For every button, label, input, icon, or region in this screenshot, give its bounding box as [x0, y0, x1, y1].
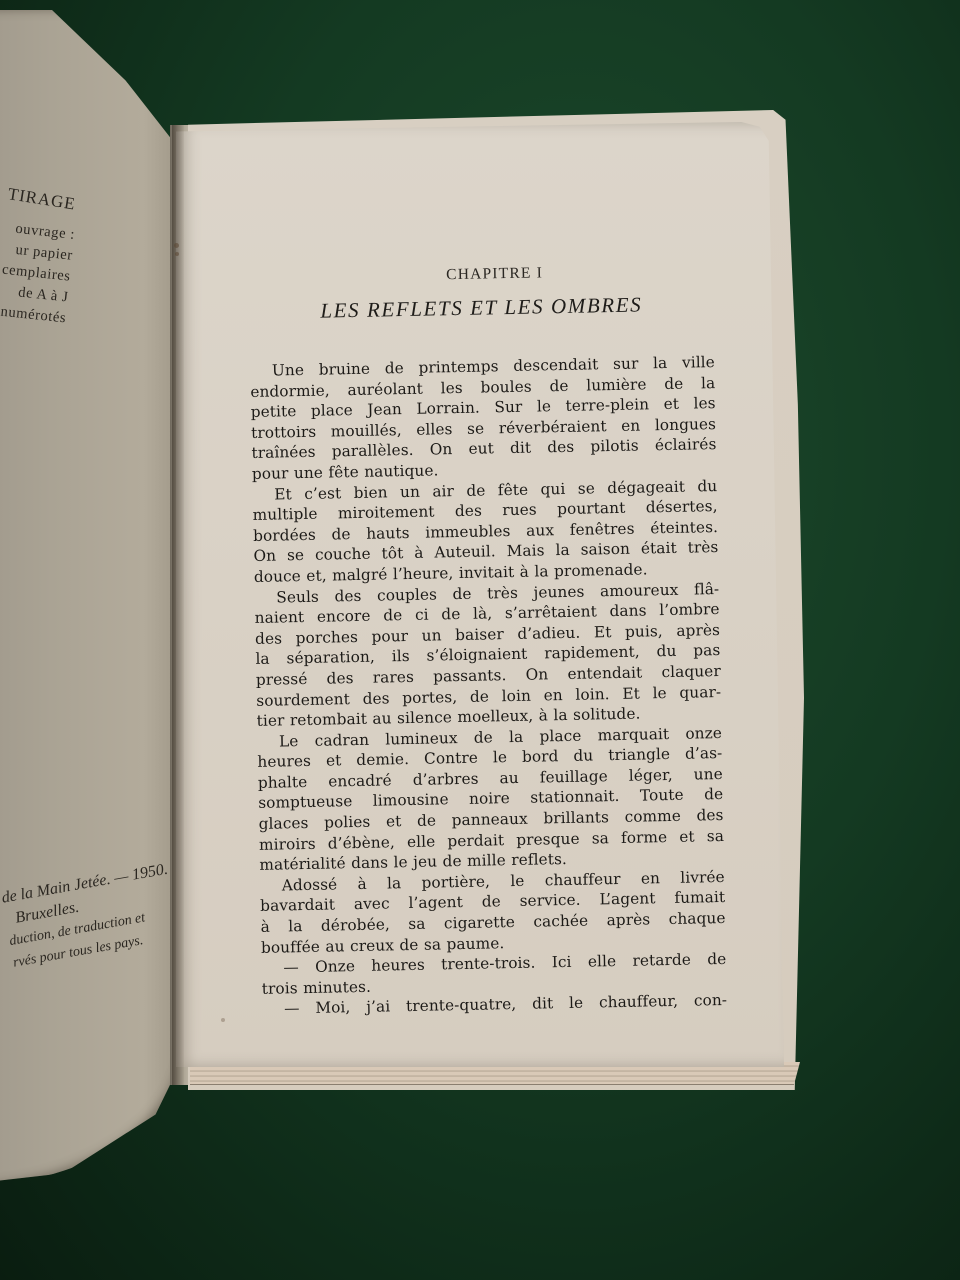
paragraph: Seuls des couples de très jeunes amoureu…: [254, 579, 722, 732]
paragraph: Et c’est bien un air de fête qui se déga…: [252, 476, 719, 588]
paragraph: Adossé à la portière, le chauffeur en li…: [260, 867, 726, 958]
paper-blemish: [175, 252, 179, 256]
chapter-page: CHAPITRE I LES REFLETS ET LES OMBRES Une…: [248, 261, 727, 1020]
chapter-title: LES REFLETS ET LES OMBRES: [249, 291, 714, 325]
print-run-note: ouvrage : ur papier cemplaires de A à J …: [0, 217, 76, 329]
paragraph: Une bruine de printemps descendait sur l…: [250, 352, 717, 484]
body-text: Une bruine de printemps descendait sur l…: [250, 352, 728, 1020]
paper-blemish: [221, 1018, 225, 1022]
paragraph: Le cadran lumineux de la place marquait …: [257, 723, 725, 876]
paper-blemish: [174, 243, 179, 248]
spine-shadow: [172, 125, 184, 1085]
